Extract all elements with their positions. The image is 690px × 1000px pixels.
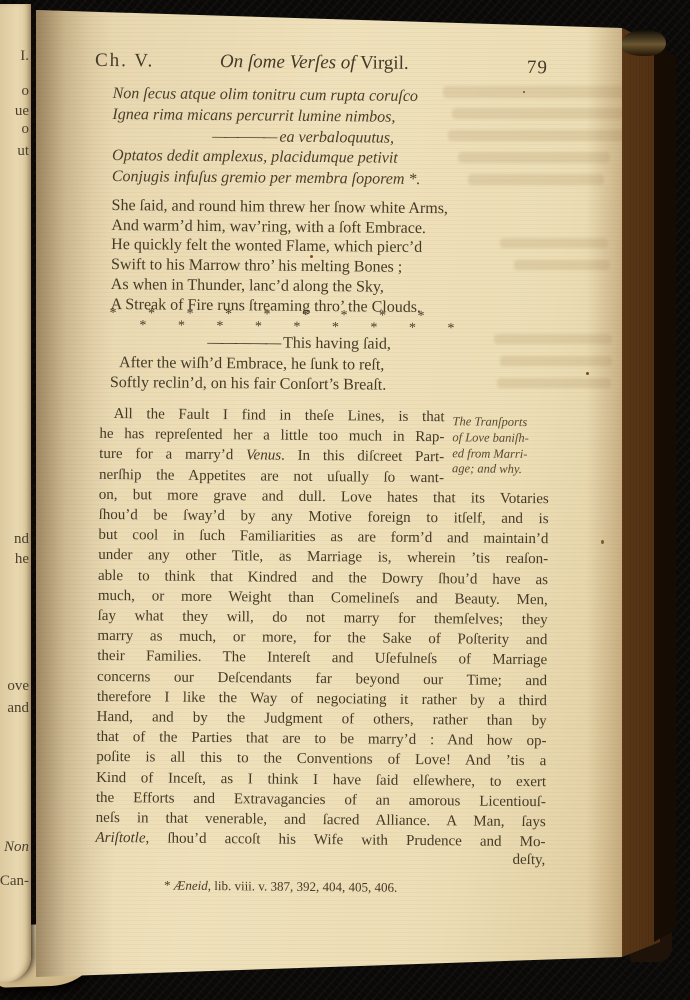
facing-page-text-fragment: ove xyxy=(7,678,29,695)
running-title: On ſome Verſes of Virgil. xyxy=(220,51,409,75)
latin-verse-line: Conjugis infuſus gremio per membra ſopor… xyxy=(112,167,421,191)
transition-verse-line: Softly reclin’d, on his fair Conſort’s B… xyxy=(110,373,391,396)
facing-page-text-fragment: o xyxy=(22,121,30,138)
margin-note-line: ed from Marri- xyxy=(452,446,556,463)
facing-page-edge: I.oueoutndheoveandNonCan- xyxy=(0,4,31,982)
margin-note-line: age; and why. xyxy=(452,462,556,479)
facing-page-text-fragment: ut xyxy=(17,143,29,160)
transition-verse-line: After the wiſh’d Embrace, he ſunk to reſ… xyxy=(110,353,391,376)
english-verse: She ſaid, and round him threw her ſnow w… xyxy=(111,196,449,317)
running-title-roman: Virgil. xyxy=(356,52,409,74)
facing-page-text-fragment: I. xyxy=(20,48,29,65)
facing-page-text-fragment: and xyxy=(7,700,29,717)
running-title-italic: On ſome Verſes of xyxy=(220,51,356,73)
cover-top-curl xyxy=(620,30,666,56)
facing-page-text-fragment: nd xyxy=(14,531,29,548)
book-photo: I.oueoutndheoveandNonCan- Ch. V. On ſome… xyxy=(0,0,690,1000)
english-verse-line: As when in Thunder, lanc’d along the Sky… xyxy=(111,275,448,298)
latin-verse-line: Ignea rima micans percurrit lumine nimbo… xyxy=(112,105,421,129)
margin-note-line: of Love baniſh- xyxy=(452,430,556,447)
page-content: Ch. V. On ſome Verſes of Virgil. 79 Non … xyxy=(0,0,690,1000)
transition-verse: ——— —— This having ſaid,After the wiſh’d… xyxy=(110,332,391,396)
facing-page-text-fragment: Can- xyxy=(0,873,29,890)
book-page: Ch. V. On ſome Verſes of Virgil. 79 Non … xyxy=(0,0,690,1000)
facing-page-text-fragment: ue xyxy=(15,103,29,120)
chapter-heading: Ch. V. xyxy=(95,50,155,73)
facing-page-text-fragment: he xyxy=(15,551,29,568)
margin-note: The Tranſportsof Love baniſh-ed from Mar… xyxy=(452,414,557,478)
latin-verse-line: Non ſecus atque olim tonitru cum rupta c… xyxy=(113,84,422,108)
latin-verse: Non ſecus atque olim tonitru cum rupta c… xyxy=(112,84,422,191)
page-number: 79 xyxy=(527,57,548,79)
facing-page-text-fragment: Non xyxy=(4,839,29,856)
margin-note-line: The Tranſports xyxy=(452,414,556,431)
latin-verse-line: ——— —— ea verbaloquutus, xyxy=(112,126,421,150)
facing-page-text-fragment: o xyxy=(22,83,30,100)
catchword: deſty, xyxy=(95,848,545,869)
footnote: * Æneid, lib. viii. v. 387, 392, 404, 40… xyxy=(164,878,397,896)
prose-line: ture for a marry’d Venus. In this diſcre… xyxy=(99,444,444,468)
latin-verse-line: Optatos dedit amplexus, placidumque peti… xyxy=(112,146,421,170)
transition-verse-line: ——— —— This having ſaid, xyxy=(110,332,391,355)
